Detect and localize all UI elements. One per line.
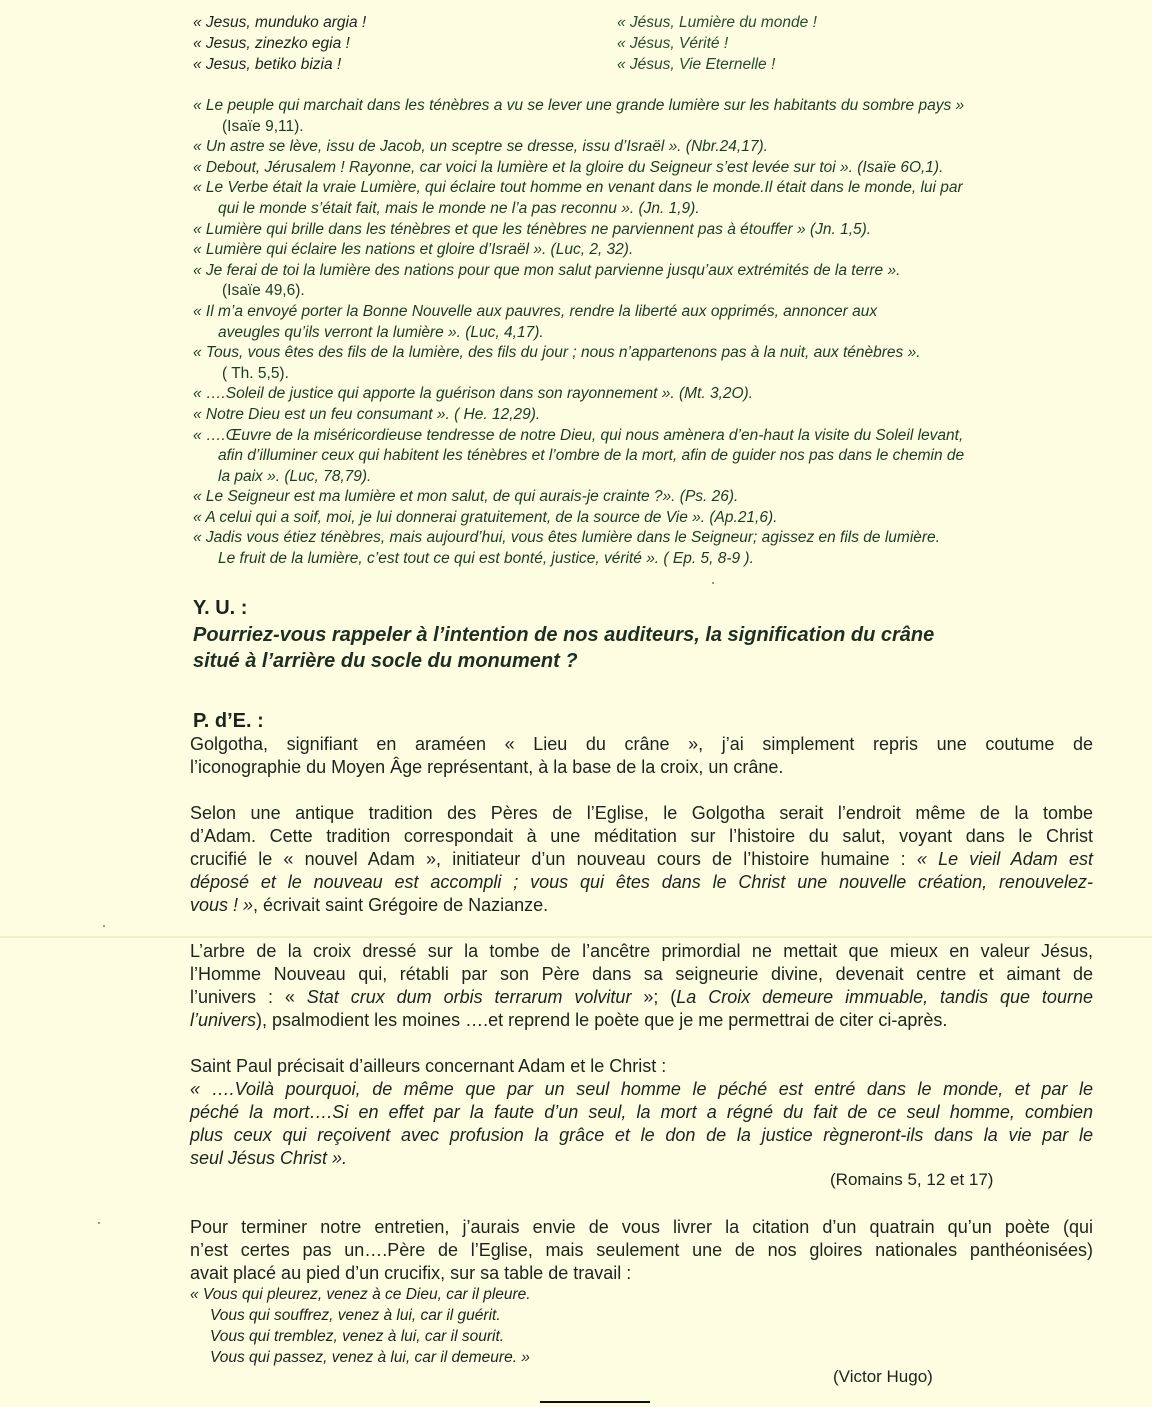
interviewer-label: Y. U. : [193, 597, 247, 620]
paragraph-line: Pour terminer notre entretien, j’aurais … [190, 1216, 1093, 1239]
text: l’univers : « [190, 987, 307, 1007]
quote: « Tous, vous êtes des fils de la lumière… [193, 343, 964, 364]
answer-paragraph-1: Golgotha, signifiant en araméen « Lieu d… [190, 733, 1093, 779]
quote: « ….Œuvre de la miséricordieuse tendress… [193, 426, 964, 447]
paragraph-line: péché la mort….Si en effet par la faute … [190, 1101, 1093, 1124]
text: ), psalmodient les moines ….et reprend l… [256, 1010, 947, 1030]
scan-speck [712, 582, 714, 584]
quote-text: « Le vieil Adam est [917, 849, 1093, 869]
quote: « Le Verbe était la vraie Lumière, qui é… [193, 178, 964, 199]
quote: « Le peuple qui marchait dans les ténèbr… [193, 96, 964, 117]
quote: « Il m’a envoyé porter la Bonne Nouvelle… [193, 302, 964, 323]
scan-speck [103, 925, 105, 927]
invocation-line: « Jesus, munduko argia ! [193, 12, 366, 33]
paragraph-line: « ….Voilà pourquoi, de même que par un s… [190, 1078, 1093, 1101]
quote-continuation: qui le monde s’était fait, mais le monde… [193, 199, 964, 220]
poem-author: (Victor Hugo) [833, 1367, 933, 1387]
french-invocations: « Jésus, Lumière du monde ! « Jésus, Vér… [617, 12, 817, 75]
invocation-line: « Jesus, betiko bizia ! [193, 54, 366, 75]
interview-question: Pourriez-vous rappeler à l’intention de … [193, 622, 934, 674]
quote: « Debout, Jérusalem ! Rayonne, car voici… [193, 158, 964, 179]
scan-speck [98, 1222, 100, 1224]
quote: « Lumière qui éclaire les nations et glo… [193, 240, 964, 261]
paragraph-line: avait placé au pied d’un crucifix, sur s… [190, 1262, 1093, 1285]
poem-line: Vous qui tremblez, venez à lui, car il s… [190, 1326, 531, 1347]
quote-reference: (Isaïe 49,6). [193, 281, 964, 302]
text: crucifié le « nouvel Adam », initiateur … [190, 849, 917, 869]
quote: « Jadis vous étiez ténèbres, mais aujour… [193, 528, 964, 549]
hugo-quatrain: « Vous qui pleurez, venez à ce Dieu, car… [190, 1284, 531, 1368]
poem-line: Vous qui souffrez, venez à lui, car il g… [190, 1305, 531, 1326]
quote-reference: ( Th. 5,5). [193, 364, 964, 385]
translation: l’univers [190, 1010, 256, 1030]
paragraph-line: l’Homme Nouveau qui, rétabli par son Pèr… [190, 963, 1093, 986]
text: »; ( [631, 987, 676, 1007]
paragraph-line: d’Adam. Cette tradition correspondait à … [190, 825, 1093, 848]
respondent-label: P. d’E. : [193, 710, 264, 733]
invocation-line: « Jésus, Lumière du monde ! [617, 12, 817, 33]
invocation-line: « Jesus, zinezko egia ! [193, 33, 366, 54]
question-line: situé à l’arrière du socle du monument ? [193, 648, 934, 674]
paul-intro: Saint Paul précisait d’ailleurs concerna… [190, 1055, 666, 1078]
quote: « Je ferai de toi la lumière des nations… [193, 261, 964, 282]
answer-paragraph-5: Pour terminer notre entretien, j’aurais … [190, 1216, 1093, 1285]
quote: « A celui qui a soif, moi, je lui donner… [193, 508, 964, 529]
paragraph-line: l’iconographie du Moyen Âge représentant… [190, 756, 1093, 779]
paragraph-line: vous ! », écrivait saint Grégoire de Naz… [190, 894, 1093, 917]
quote-continuation: aveugles qu’ils verront la lumière ». (L… [193, 323, 964, 344]
paragraph-line: l’univers), psalmodient les moines ….et … [190, 1009, 1093, 1032]
paragraph-line: L’arbre de la croix dressé sur la tombe … [190, 940, 1093, 963]
paragraph-line: n’est certes pas un….Père de l’Eglise, m… [190, 1239, 1093, 1262]
paragraph-line: Selon une antique tradition des Pères de… [190, 802, 1093, 825]
romans-quote: « ….Voilà pourquoi, de même que par un s… [190, 1078, 1093, 1170]
quote: « ….Soleil de justice qui apporte la gué… [193, 384, 964, 405]
quote: « Lumière qui brille dans les ténèbres e… [193, 220, 964, 241]
scripture-quotes: « Le peuple qui marchait dans les ténèbr… [193, 96, 964, 570]
quote-reference: (Isaïe 9,11). [193, 117, 964, 138]
quote-continuation: Le fruit de la lumière, c’est tout ce qu… [193, 549, 964, 570]
quote: « Le Seigneur est ma lumière et mon salu… [193, 487, 964, 508]
invocation-line: « Jésus, Vie Eternelle ! [617, 54, 817, 75]
quote: « Un astre se lève, issu de Jacob, un sc… [193, 137, 964, 158]
invocation-line: « Jésus, Vérité ! [617, 33, 817, 54]
quote-continuation: afin d’illuminer ceux qui habitent les t… [193, 446, 964, 467]
answer-paragraph-3: L’arbre de la croix dressé sur la tombe … [190, 940, 1093, 1032]
latin-quote: Stat crux dum orbis terrarum volvitur [307, 987, 632, 1007]
romans-reference: (Romains 5, 12 et 17) [830, 1170, 993, 1190]
document-page: « Jesus, munduko argia ! « Jesus, zinezk… [0, 0, 1152, 1407]
question-line: Pourriez-vous rappeler à l’intention de … [193, 622, 934, 648]
paragraph-line: seul Jésus Christ ». [190, 1147, 1093, 1170]
paragraph-line: déposé et le nouveau est accompli ; vous… [190, 871, 1093, 894]
basque-invocations: « Jesus, munduko argia ! « Jesus, zinezk… [193, 12, 366, 75]
poem-line: « Vous qui pleurez, venez à ce Dieu, car… [190, 1284, 531, 1305]
quote-continuation: la paix ». (Luc, 78,79). [193, 467, 964, 488]
text: , écrivait saint Grégoire de Nazianze. [253, 895, 548, 915]
translation: La Croix demeure immuable, tandis que to… [676, 987, 1093, 1007]
paragraph-line: l’univers : « Stat crux dum orbis terrar… [190, 986, 1093, 1009]
quote: « Notre Dieu est un feu consumant ». ( H… [193, 405, 964, 426]
paragraph-line: plus ceux qui reçoivent avec profusion l… [190, 1124, 1093, 1147]
paragraph-line: Golgotha, signifiant en araméen « Lieu d… [190, 733, 1093, 756]
poem-line: Vous qui passez, venez à lui, car il dem… [190, 1347, 531, 1368]
quote-text: vous ! » [190, 895, 253, 915]
answer-paragraph-2: Selon une antique tradition des Pères de… [190, 802, 1093, 917]
end-rule [540, 1401, 650, 1403]
paper-fold-line [0, 936, 1152, 938]
paragraph-line: crucifié le « nouvel Adam », initiateur … [190, 848, 1093, 871]
